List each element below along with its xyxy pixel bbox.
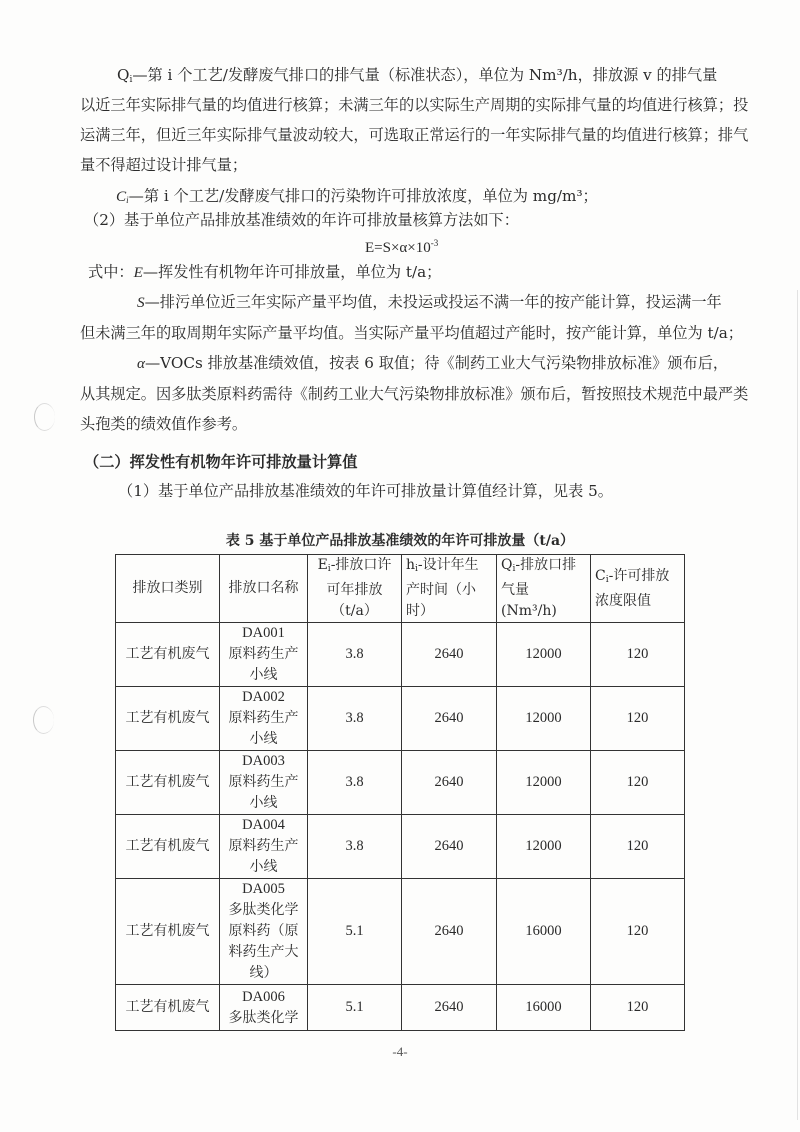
header-concentration-limit: Ci-许可排放 浓度限值 xyxy=(591,555,685,623)
alpha-symbol: α xyxy=(137,355,145,372)
cell-c: 120 xyxy=(591,751,685,815)
permit-emission-table: 排放口类别 排放口名称 Ei-排放口许 可年排放 （t/a） hi-设计年生 产… xyxy=(115,554,685,1031)
alpha-definition-line-1: α—VOCs 排放基准绩效值，按表 6 取值；待《制药工业大气污染物排放标准》颁… xyxy=(137,353,728,374)
table-header-row: 排放口类别 排放口名称 Ei-排放口许 可年排放 （t/a） hi-设计年生 产… xyxy=(116,555,685,623)
section-heading: （二）挥发性有机物年许可排放量计算值 xyxy=(84,452,357,472)
alpha-definition-line-3: 头孢类的绩效值作参考。 xyxy=(80,414,247,434)
punch-hole-mark xyxy=(34,403,55,431)
cell-category: 工艺有机废气 xyxy=(116,687,220,751)
cell-e: 3.8 xyxy=(308,623,402,687)
table-row: 工艺有机废气 DA005多肽类化学原料药（原料药生产大线） 5.1 2640 1… xyxy=(116,879,685,985)
cell-outlet-name: DA003原料药生产小线 xyxy=(220,751,308,815)
header-annual-permit: Ei-排放口许 可年排放 （t/a） xyxy=(308,555,402,623)
formula: E=S×α×10-3 xyxy=(365,233,438,258)
e-definition: 式中：E—挥发性有机物年许可排放量，单位为 t/a； xyxy=(88,262,441,283)
cell-h: 2640 xyxy=(402,751,497,815)
table-title: 表 5 基于单位产品排放基准绩效的年许可排放量（t/a） xyxy=(0,532,800,550)
cell-c: 120 xyxy=(591,623,685,687)
cell-h: 2640 xyxy=(402,879,497,985)
s-definition-line-1: S—排污单位近三年实际产量平均值，未投运或投运不满一年的按产能计算，投运满一年 xyxy=(137,292,722,313)
ci-definition: Ci—第 i 个工艺/发酵废气排口的污染物许可排放浓度，单位为 mg/m³； xyxy=(116,186,598,210)
cell-q: 12000 xyxy=(497,687,591,751)
cell-e: 3.8 xyxy=(308,687,402,751)
cell-e: 5.1 xyxy=(308,985,402,1031)
cell-category: 工艺有机废气 xyxy=(116,985,220,1031)
alpha-definition-line-2: 从其规定。因多肽类原料药需待《制药工业大气污染物排放标准》颁布后，暂按照技术规范… xyxy=(80,384,748,404)
header-exhaust-volume: Qi-排放口排 气量 (Nm³/h) xyxy=(497,555,591,623)
cell-e: 5.1 xyxy=(308,879,402,985)
header-outlet-name: 排放口名称 xyxy=(220,555,308,623)
table-row: 工艺有机废气 DA002原料药生产小线 3.8 2640 12000 120 xyxy=(116,687,685,751)
cell-h: 2640 xyxy=(402,687,497,751)
cell-outlet-name: DA006多肽类化学 xyxy=(220,985,308,1031)
qi-symbol: Q xyxy=(117,66,129,84)
cell-h: 2640 xyxy=(402,815,497,879)
cell-c: 120 xyxy=(591,815,685,879)
cell-q: 12000 xyxy=(497,623,591,687)
qi-definition-line-3: 运满三年，但近三年实际排气量波动较大，可选取正常运行的一年实际排气量的均值进行核… xyxy=(80,125,748,145)
cell-c: 120 xyxy=(591,985,685,1031)
cell-q: 12000 xyxy=(497,815,591,879)
qi-definition-line-4: 量不得超过设计排气量； xyxy=(80,155,247,175)
ci-symbol: C xyxy=(116,188,126,205)
table-row: 工艺有机废气 DA001原料药生产小线 3.8 2640 12000 120 xyxy=(116,623,685,687)
section-paragraph: （1）基于单位产品排放基准绩效的年许可排放量计算值经计算，见表 5。 xyxy=(118,481,613,501)
cell-q: 16000 xyxy=(497,985,591,1031)
page-number: -4- xyxy=(0,1044,800,1060)
cell-outlet-name: DA004原料药生产小线 xyxy=(220,815,308,879)
cell-c: 120 xyxy=(591,879,685,985)
e-symbol: E xyxy=(134,264,143,281)
cell-c: 120 xyxy=(591,687,685,751)
punch-hole-mark xyxy=(33,706,54,734)
cell-category: 工艺有机废气 xyxy=(116,879,220,985)
cell-q: 16000 xyxy=(497,879,591,985)
cell-outlet-name: DA001原料药生产小线 xyxy=(220,623,308,687)
s-definition-line-2: 但未满三年的取周期年实际产量平均值。当实际产量平均值超过产能时，按产能计算，单位… xyxy=(80,323,743,343)
header-design-hours: hi-设计年生 产时间（小 时） xyxy=(402,555,497,623)
cell-h: 2640 xyxy=(402,985,497,1031)
s-symbol: S xyxy=(137,294,145,311)
scan-edge-line xyxy=(797,290,798,1120)
cell-e: 3.8 xyxy=(308,751,402,815)
header-outlet-category: 排放口类别 xyxy=(116,555,220,623)
cell-q: 12000 xyxy=(497,751,591,815)
cell-h: 2640 xyxy=(402,623,497,687)
table-row: 工艺有机废气 DA003原料药生产小线 3.8 2640 12000 120 xyxy=(116,751,685,815)
method-2-text: （2）基于单位产品排放基准绩效的年许可排放量核算方法如下： xyxy=(84,210,519,230)
cell-category: 工艺有机废气 xyxy=(116,751,220,815)
cell-e: 3.8 xyxy=(308,815,402,879)
cell-outlet-name: DA002原料药生产小线 xyxy=(220,687,308,751)
table-row: 工艺有机废气 DA004原料药生产小线 3.8 2640 12000 120 xyxy=(116,815,685,879)
qi-definition-line-2: 以近三年实际排气量的均值进行核算；未满三年的以实际生产周期的实际排气量的均值进行… xyxy=(80,95,748,115)
table-row: 工艺有机废气 DA006多肽类化学 5.1 2640 16000 120 xyxy=(116,985,685,1031)
cell-category: 工艺有机废气 xyxy=(116,815,220,879)
cell-category: 工艺有机废气 xyxy=(116,623,220,687)
qi-definition-line-1: Qi—第 i 个工艺/发酵废气排口的排气量（标准状态），单位为 Nm³/h，排放… xyxy=(117,65,717,90)
cell-outlet-name: DA005多肽类化学原料药（原料药生产大线） xyxy=(220,879,308,985)
